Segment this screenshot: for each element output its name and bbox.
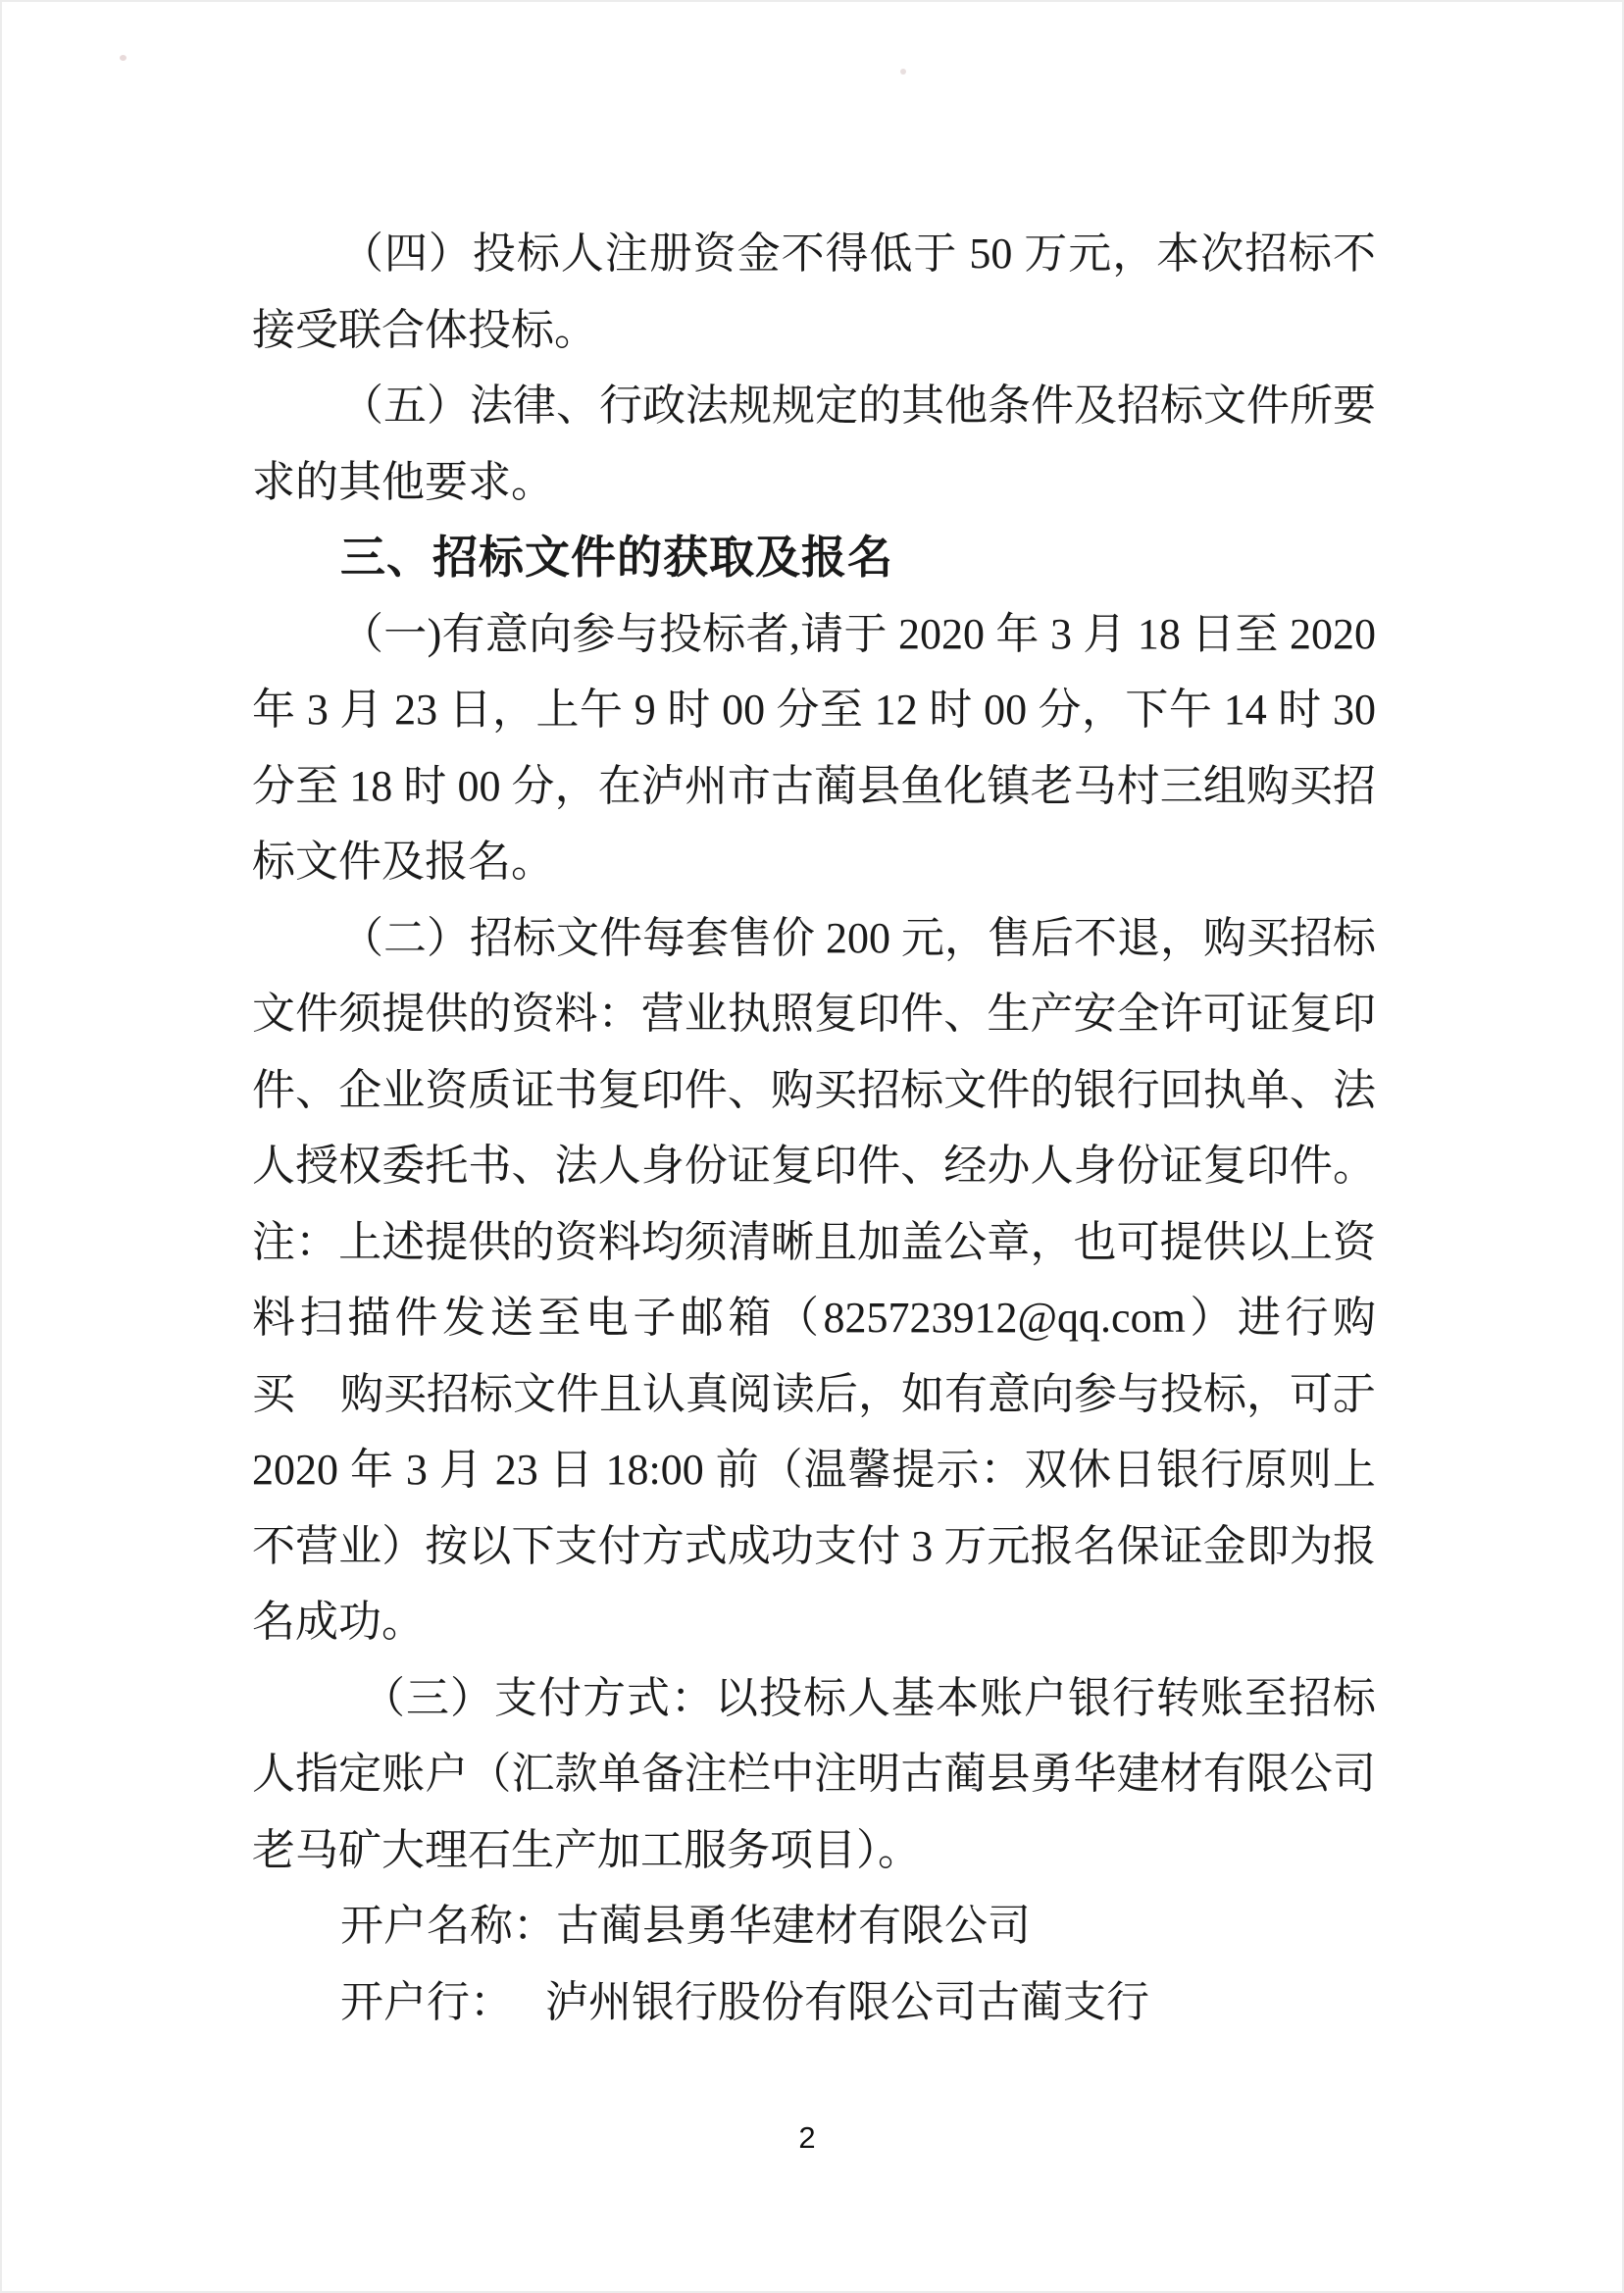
text-line: 购买招标文件且认真阅读后，如有意向参与投标，可于 [252,1356,1376,1433]
text-line: （三）支付方式：以投标人基本账户银行转账至招标 [252,1660,1376,1737]
document-page: （四）投标人注册资金不得低于 50 万元，本次招标不 接受联合体投标。 （五）法… [0,0,1624,2293]
text-line: 分至 18 时 00 分，在泸州市古蔺县鱼化镇老马村三组购买招 [252,748,1376,825]
text-line: 名成功。 [252,1584,1376,1660]
text-line: 人授权委托书、法人身份证复印件、经办人身份证复印件。 [252,1128,1376,1204]
bank-name-line: 开户行： 泸州银行股份有限公司古蔺支行 [252,1964,1376,2041]
text-line: 接受联合体投标。 [252,292,1376,369]
text-line: 不营业）按以下支付方式成功支付 3 万元报名保证金即为报 [252,1508,1376,1585]
section-heading: 三、招标文件的获取及报名 [252,520,1376,596]
page-number: 2 [0,2118,1614,2158]
text-line: 标文件及报名。 [252,824,1376,900]
text-line: （一)有意向参与投标者,请于 2020 年 3 月 18 日至 2020 [252,596,1376,673]
text-line: 年 3 月 23 日，上午 9 时 00 分至 12 时 00 分，下午 14 … [252,672,1376,748]
text-line: 料扫描件发送至电子邮箱（825723912@qq.com）进行购买。 [252,1280,1376,1356]
text-line: （五）法律、行政法规规定的其他条件及招标文件所要 [252,368,1376,444]
text-line: （二）招标文件每套售价 200 元，售后不退，购买招标 [252,900,1376,977]
text-line: 人指定账户（汇款单备注栏中注明古蔺县勇华建材有限公司 [252,1736,1376,1812]
text-line: 文件须提供的资料：营业执照复印件、生产安全许可证复印 [252,976,1376,1052]
text-line: 老马矿大理石生产加工服务项目）。 [252,1812,1376,1889]
text-line: 注：上述提供的资料均须清晰且加盖公章，也可提供以上资 [252,1204,1376,1281]
text-line: 2020 年 3 月 23 日 18:00 前（温馨提示：双休日银行原则上 [252,1432,1376,1508]
text-line: 求的其他要求。 [252,444,1376,521]
account-name-line: 开户名称：古蔺县勇华建材有限公司 [252,1888,1376,1964]
document-body: （四）投标人注册资金不得低于 50 万元，本次招标不 接受联合体投标。 （五）法… [252,216,1376,2040]
text-line: （四）投标人注册资金不得低于 50 万元，本次招标不 [252,216,1376,292]
text-line: 件、企业资质证书复印件、购买招标文件的银行回执单、法 [252,1052,1376,1129]
